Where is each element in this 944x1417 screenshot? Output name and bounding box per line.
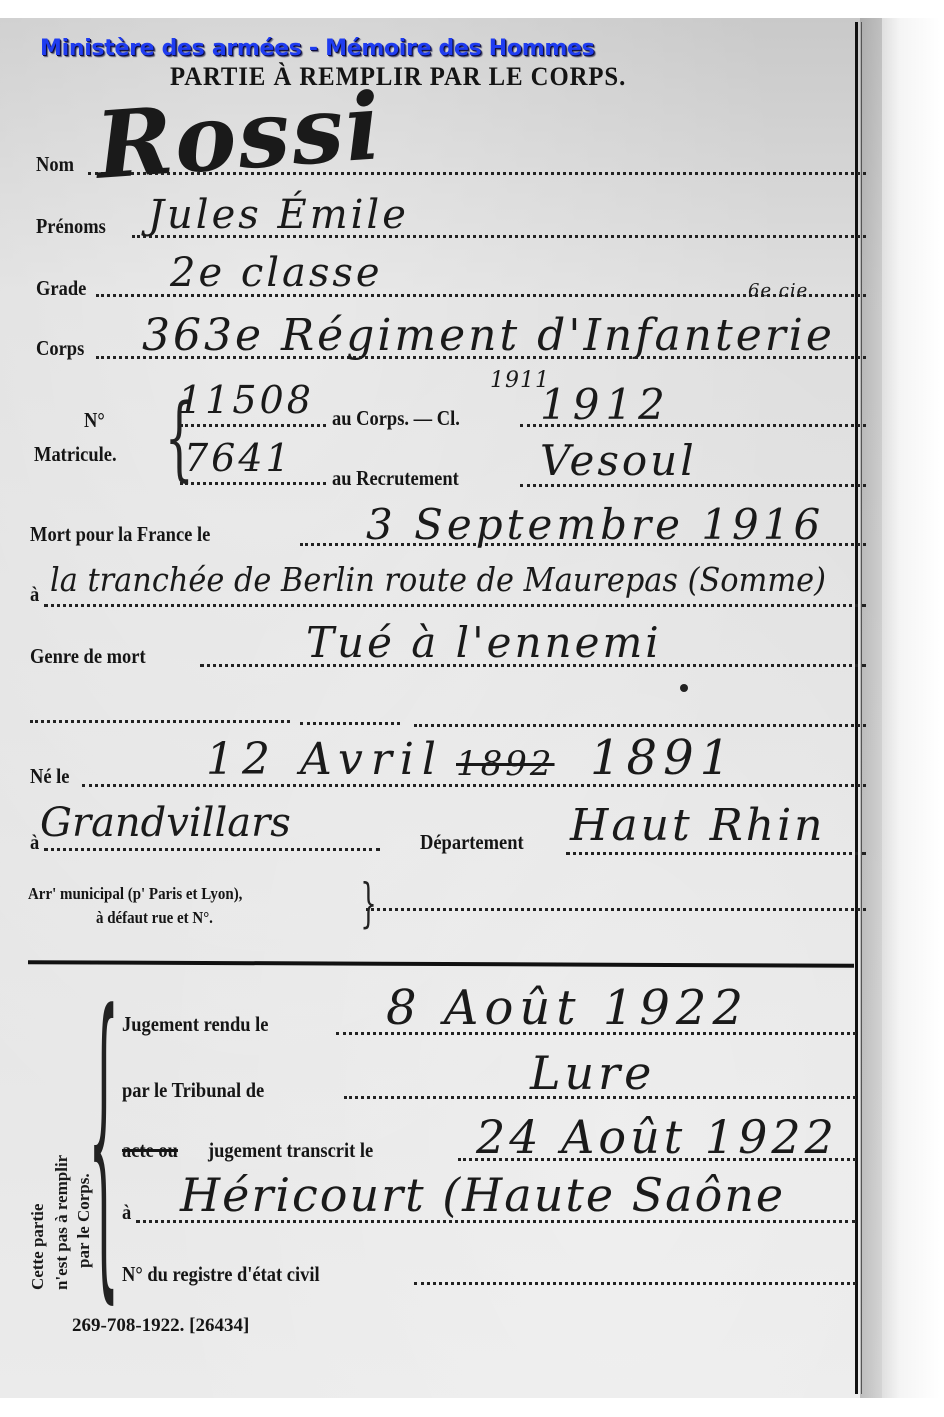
- value-genre-mort: Tué à l'ennemi: [306, 618, 662, 667]
- value-jugement: 8 Août 1922: [386, 980, 749, 1036]
- label-transcrit: jugement transcrit le: [208, 1138, 373, 1163]
- side-note-line-1: Cette partie: [28, 1204, 48, 1290]
- value-corps-annotation: 6e cie: [748, 280, 808, 301]
- value-transcrit: 24 Août 1922: [476, 1110, 838, 1164]
- line-lieu-naissance: [44, 848, 380, 851]
- value-grade: 2e classe: [170, 250, 383, 296]
- label-naissance: Né le: [30, 764, 70, 789]
- label-no: N°: [84, 408, 105, 433]
- value-prenoms: Jules Émile: [148, 192, 409, 238]
- arrondissement-brace: }: [360, 878, 377, 930]
- label-tribunal: par le Tribunal de: [122, 1078, 264, 1103]
- line-naissance: [82, 784, 866, 787]
- value-matricule-corps: 11508: [178, 378, 314, 422]
- label-departement: Département: [420, 830, 524, 855]
- line-registre: [414, 1282, 856, 1285]
- label-jugement: Jugement rendu le: [122, 1012, 268, 1037]
- value-lieu-transcription: Héricourt (Haute Saône: [180, 1168, 785, 1222]
- label-matricule: Matricule.: [34, 442, 117, 467]
- label-lieu-transcription: à: [122, 1200, 131, 1225]
- value-recrutement-place: Vesoul: [540, 436, 697, 485]
- label-corps: Corps: [36, 336, 84, 361]
- form-reference: 269-708-1922. [26434]: [72, 1315, 249, 1337]
- line-lieu-mort: [44, 604, 866, 607]
- value-corps: 363e Régiment d'Infanterie: [142, 310, 835, 361]
- value-tribunal: Lure: [530, 1046, 655, 1100]
- label-genre-mort: Genre de mort: [30, 644, 146, 669]
- line-blank-right: [414, 724, 866, 727]
- side-note-line-2: n'est pas à remplir: [52, 1155, 72, 1290]
- label-arrondissement-1: Arr' municipal (p' Paris et Lyon),: [28, 884, 242, 904]
- label-lieu-naissance: à: [30, 830, 39, 855]
- line-blank-left: [30, 720, 290, 723]
- page-edge-shadow: [860, 18, 940, 1398]
- label-acte-struck: acte ou: [122, 1138, 178, 1163]
- label-au-recrutement: au Recrutement: [332, 466, 459, 491]
- page-border-line: [855, 22, 858, 1394]
- value-nom: Rossi: [93, 72, 386, 200]
- page-border-line-thin: [861, 22, 862, 1394]
- value-naissance-struck-year: 1892: [456, 744, 555, 784]
- line-departement: [566, 852, 866, 855]
- value-lieu-mort: la tranchée de Berlin route de Maurepas …: [50, 560, 826, 599]
- value-naissance: 12 Avril: [206, 734, 444, 785]
- value-lieu-naissance: Grandvillars: [40, 800, 291, 846]
- label-arrondissement-2: à défaut rue et N°.: [96, 908, 213, 928]
- archive-watermark: Ministère des armées - Mémoire des Homme…: [40, 36, 594, 61]
- line-arrondissement: [366, 908, 866, 911]
- value-naissance-year: 1891: [590, 730, 736, 786]
- label-au-corps: au Corps. — Cl.: [332, 406, 460, 431]
- label-registre: N° du registre d'état civil: [122, 1262, 320, 1287]
- value-classe: 1912: [540, 380, 671, 429]
- label-prenoms: Prénoms: [36, 214, 106, 239]
- line-blank-middle: [300, 722, 400, 725]
- line-matricule-recrutement: [180, 482, 326, 485]
- value-matricule-recrutement: 7641: [184, 436, 293, 480]
- value-departement: Haut Rhin: [570, 800, 826, 851]
- label-lieu-mort: à: [30, 582, 39, 607]
- label-grade: Grade: [36, 276, 86, 301]
- ink-spot: [680, 684, 688, 692]
- label-nom: Nom: [36, 152, 74, 177]
- value-mort: 3 Septembre 1916: [366, 500, 824, 549]
- lower-brace: {: [88, 990, 119, 1287]
- line-matricule-corps: [180, 424, 326, 427]
- label-mort: Mort pour la France le: [30, 522, 210, 547]
